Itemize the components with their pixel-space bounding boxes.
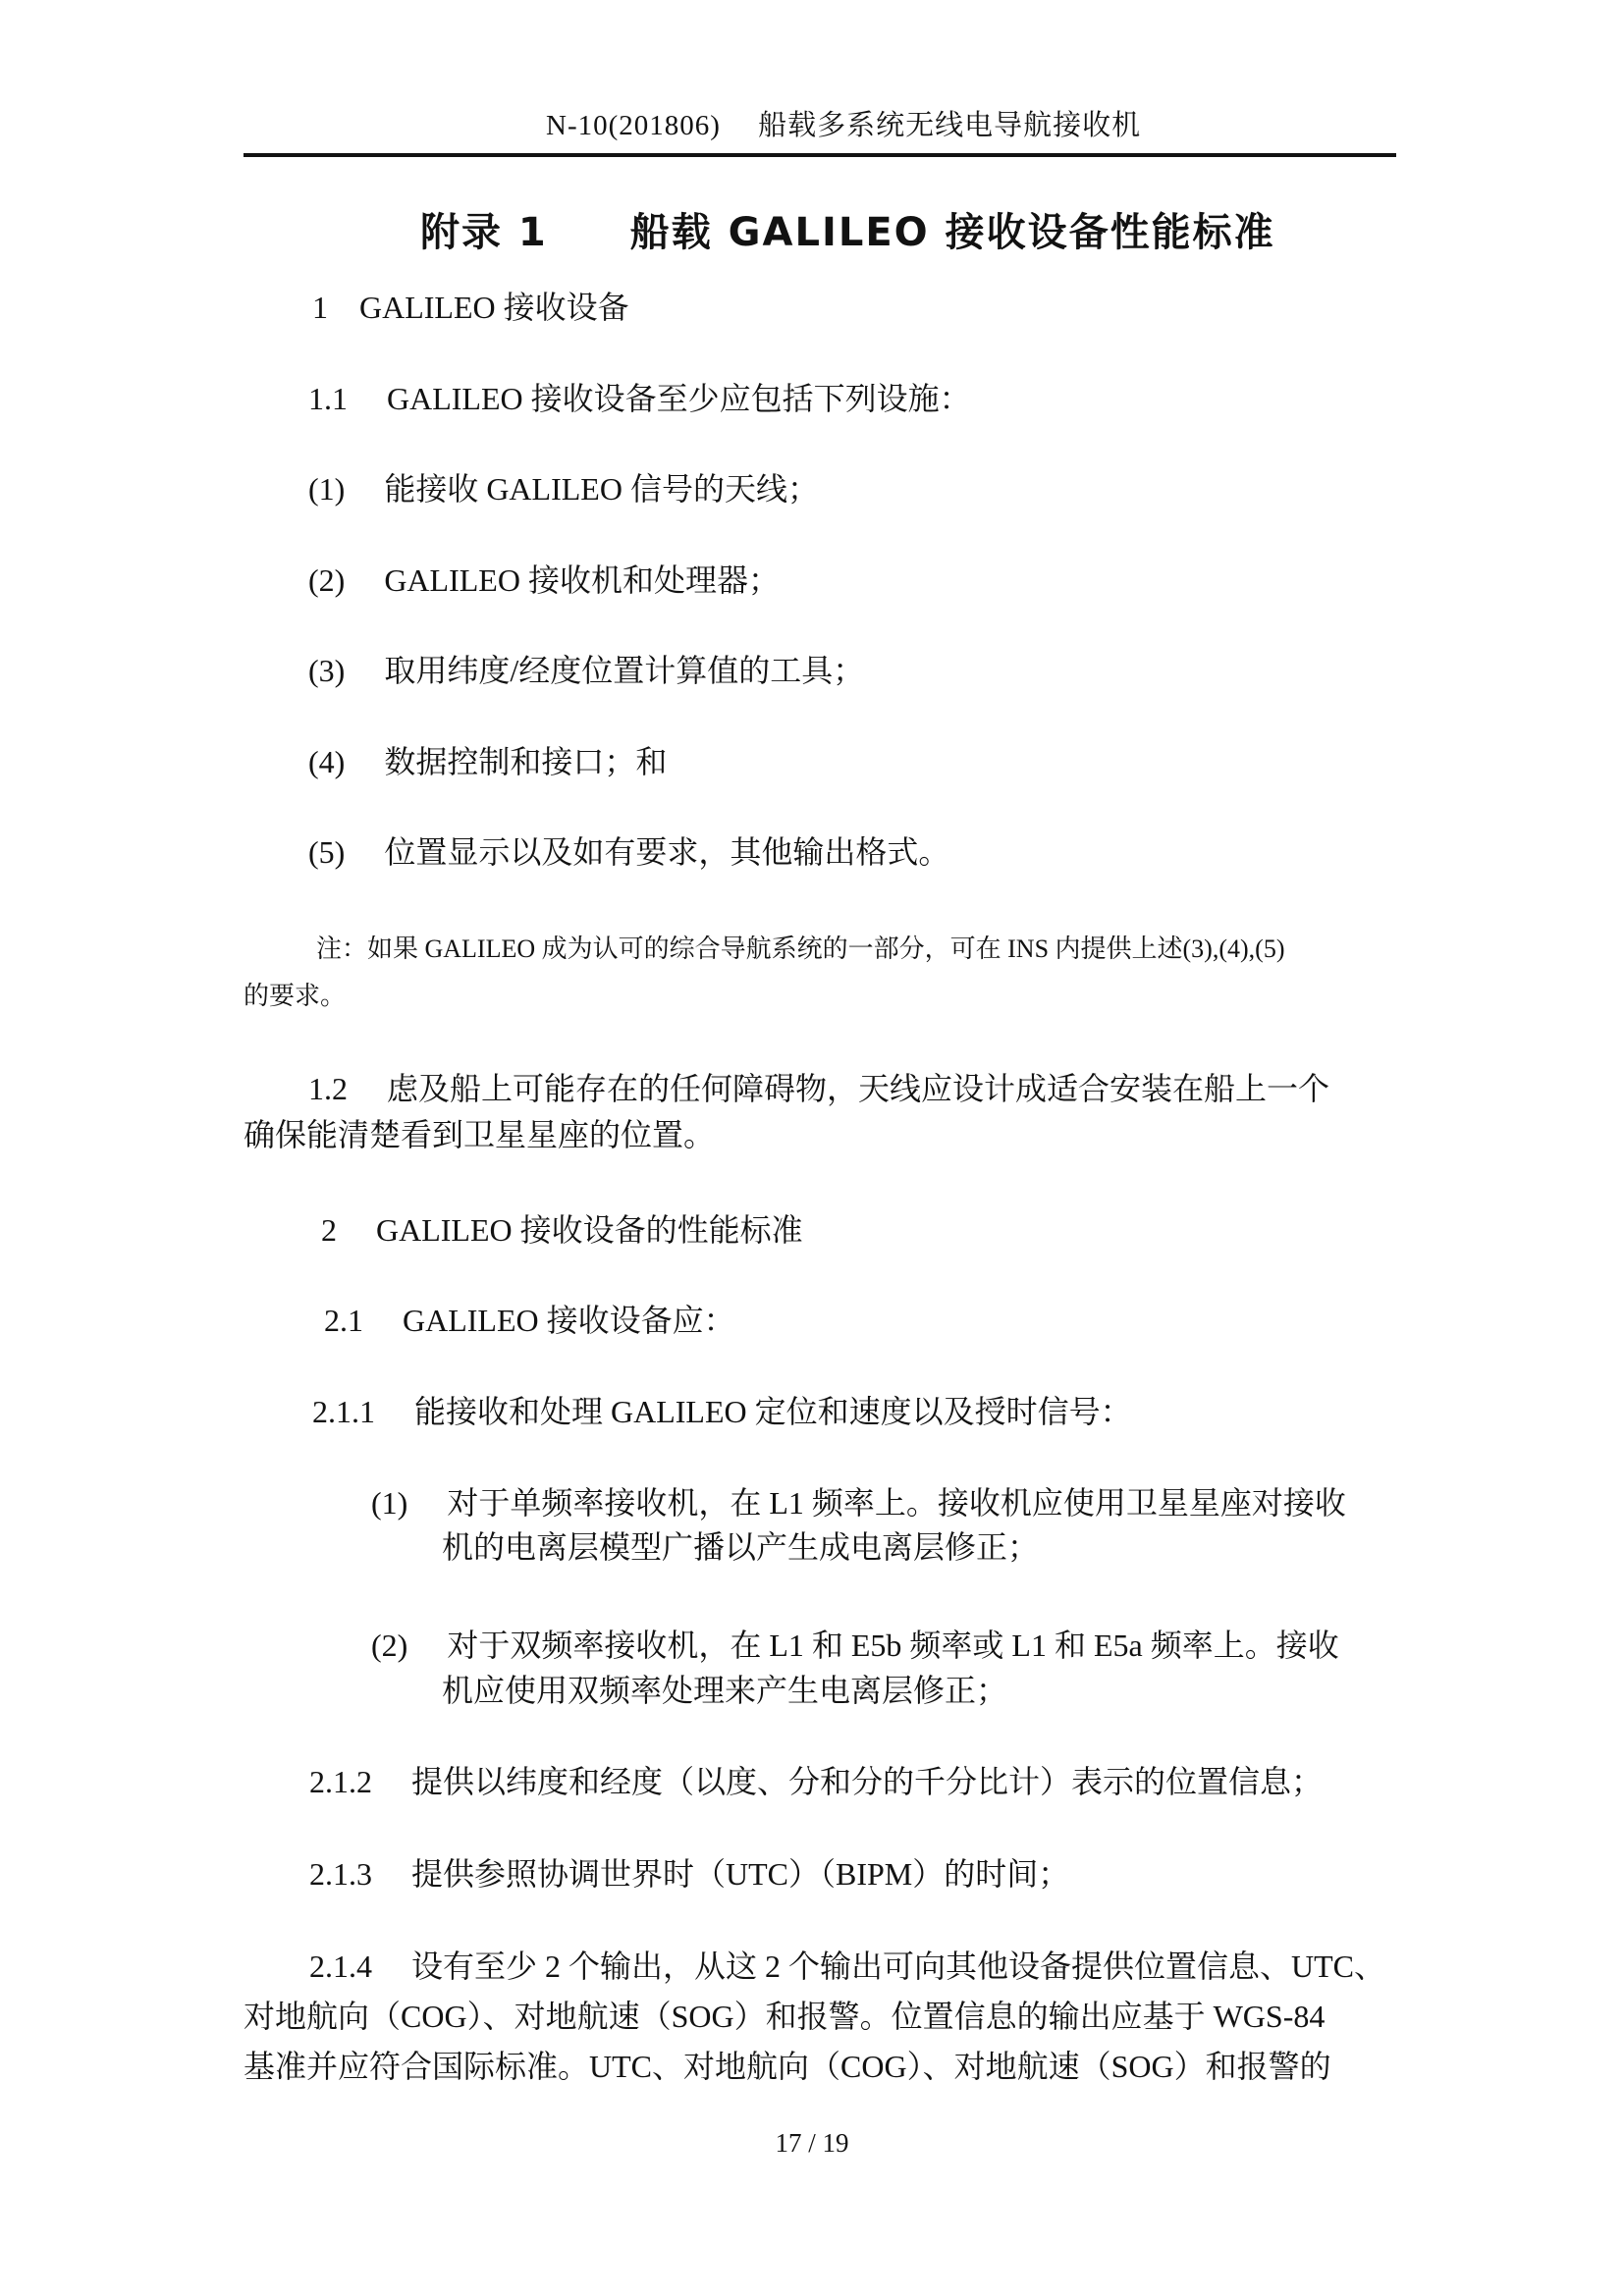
- list-item-1: (1) 能接收 GALILEO 信号的天线；: [308, 471, 819, 507]
- sub-item-2-line-2: 机应使用双频率处理来产生电离层修正；: [442, 1673, 1007, 1709]
- header-rule: [244, 153, 1396, 157]
- clause-2-1-4-line-1: 2.1.4 设有至少 2 个输出，从这 2 个输出可向其他设备提供位置信息、UT…: [309, 1949, 1385, 1985]
- clause-1-1: 1.1 GALILEO 接收设备至少应包括下列设施：: [308, 381, 971, 417]
- sub-item-2-line-1: (2) 对于双频率接收机，在 L1 和 E5b 频率或 L1 和 E5a 频率上…: [371, 1628, 1339, 1664]
- appendix-title: 附录 1 船载 GALILEO 接收设备性能标准: [420, 210, 1275, 255]
- clause-1-2-line-1: 1.2 虑及船上可能存在的任何障碍物，天线应设计成适合安装在船上一个: [308, 1071, 1329, 1107]
- clause-2-1-2: 2.1.2 提供以纬度和经度（以度、分和分的千分比计）表示的位置信息；: [309, 1764, 1323, 1800]
- clause-2-1-4-line-3: 基准并应符合国际标准。UTC、对地航向（COG）、对地航速（SOG）和报警的: [244, 2049, 1331, 2085]
- section-1-heading: 1 GALILEO 接收设备: [312, 290, 629, 326]
- list-item-2: (2) GALILEO 接收机和处理器；: [308, 562, 780, 599]
- sub-item-1-line-2: 机的电离层模型广播以产生成电离层修正；: [442, 1529, 1039, 1566]
- document-page: N-10(201806) 船载多系统无线电导航接收机 附录 1 船载 GALIL…: [0, 0, 1624, 2296]
- clause-2-1-3: 2.1.3 提供参照协调世界时（UTC）（BIPM）的时间；: [309, 1856, 1069, 1893]
- note-line-1: 注：如果 GALILEO 成为认可的综合导航系统的一部分，可在 INS 内提供上…: [316, 934, 1284, 964]
- page-number: 17 / 19: [0, 2128, 1624, 2159]
- list-item-5: (5) 位置显示以及如有要求，其他输出格式。: [308, 834, 949, 871]
- clause-2-1-4-line-2: 对地航向（COG）、对地航速（SOG）和报警。位置信息的输出应基于 WGS-84: [244, 1999, 1325, 2035]
- section-2-heading: 2 GALILEO 接收设备的性能标准: [321, 1212, 803, 1249]
- sub-item-1-line-1: (1) 对于单频率接收机，在 L1 频率上。接收机应使用卫星星座对接收: [371, 1485, 1346, 1522]
- list-item-4: (4) 数据控制和接口；和: [308, 744, 667, 780]
- page-header: N-10(201806) 船载多系统无线电导航接收机: [546, 110, 1141, 142]
- note-line-2: 的要求。: [244, 982, 346, 1011]
- list-item-3: (3) 取用纬度/经度位置计算值的工具；: [308, 653, 864, 689]
- clause-1-2-line-2: 确保能清楚看到卫星星座的位置。: [244, 1117, 715, 1153]
- clause-2-1-1: 2.1.1 能接收和处理 GALILEO 定位和速度以及授时信号：: [312, 1394, 1132, 1430]
- clause-2-1: 2.1 GALILEO 接收设备应：: [324, 1303, 735, 1339]
